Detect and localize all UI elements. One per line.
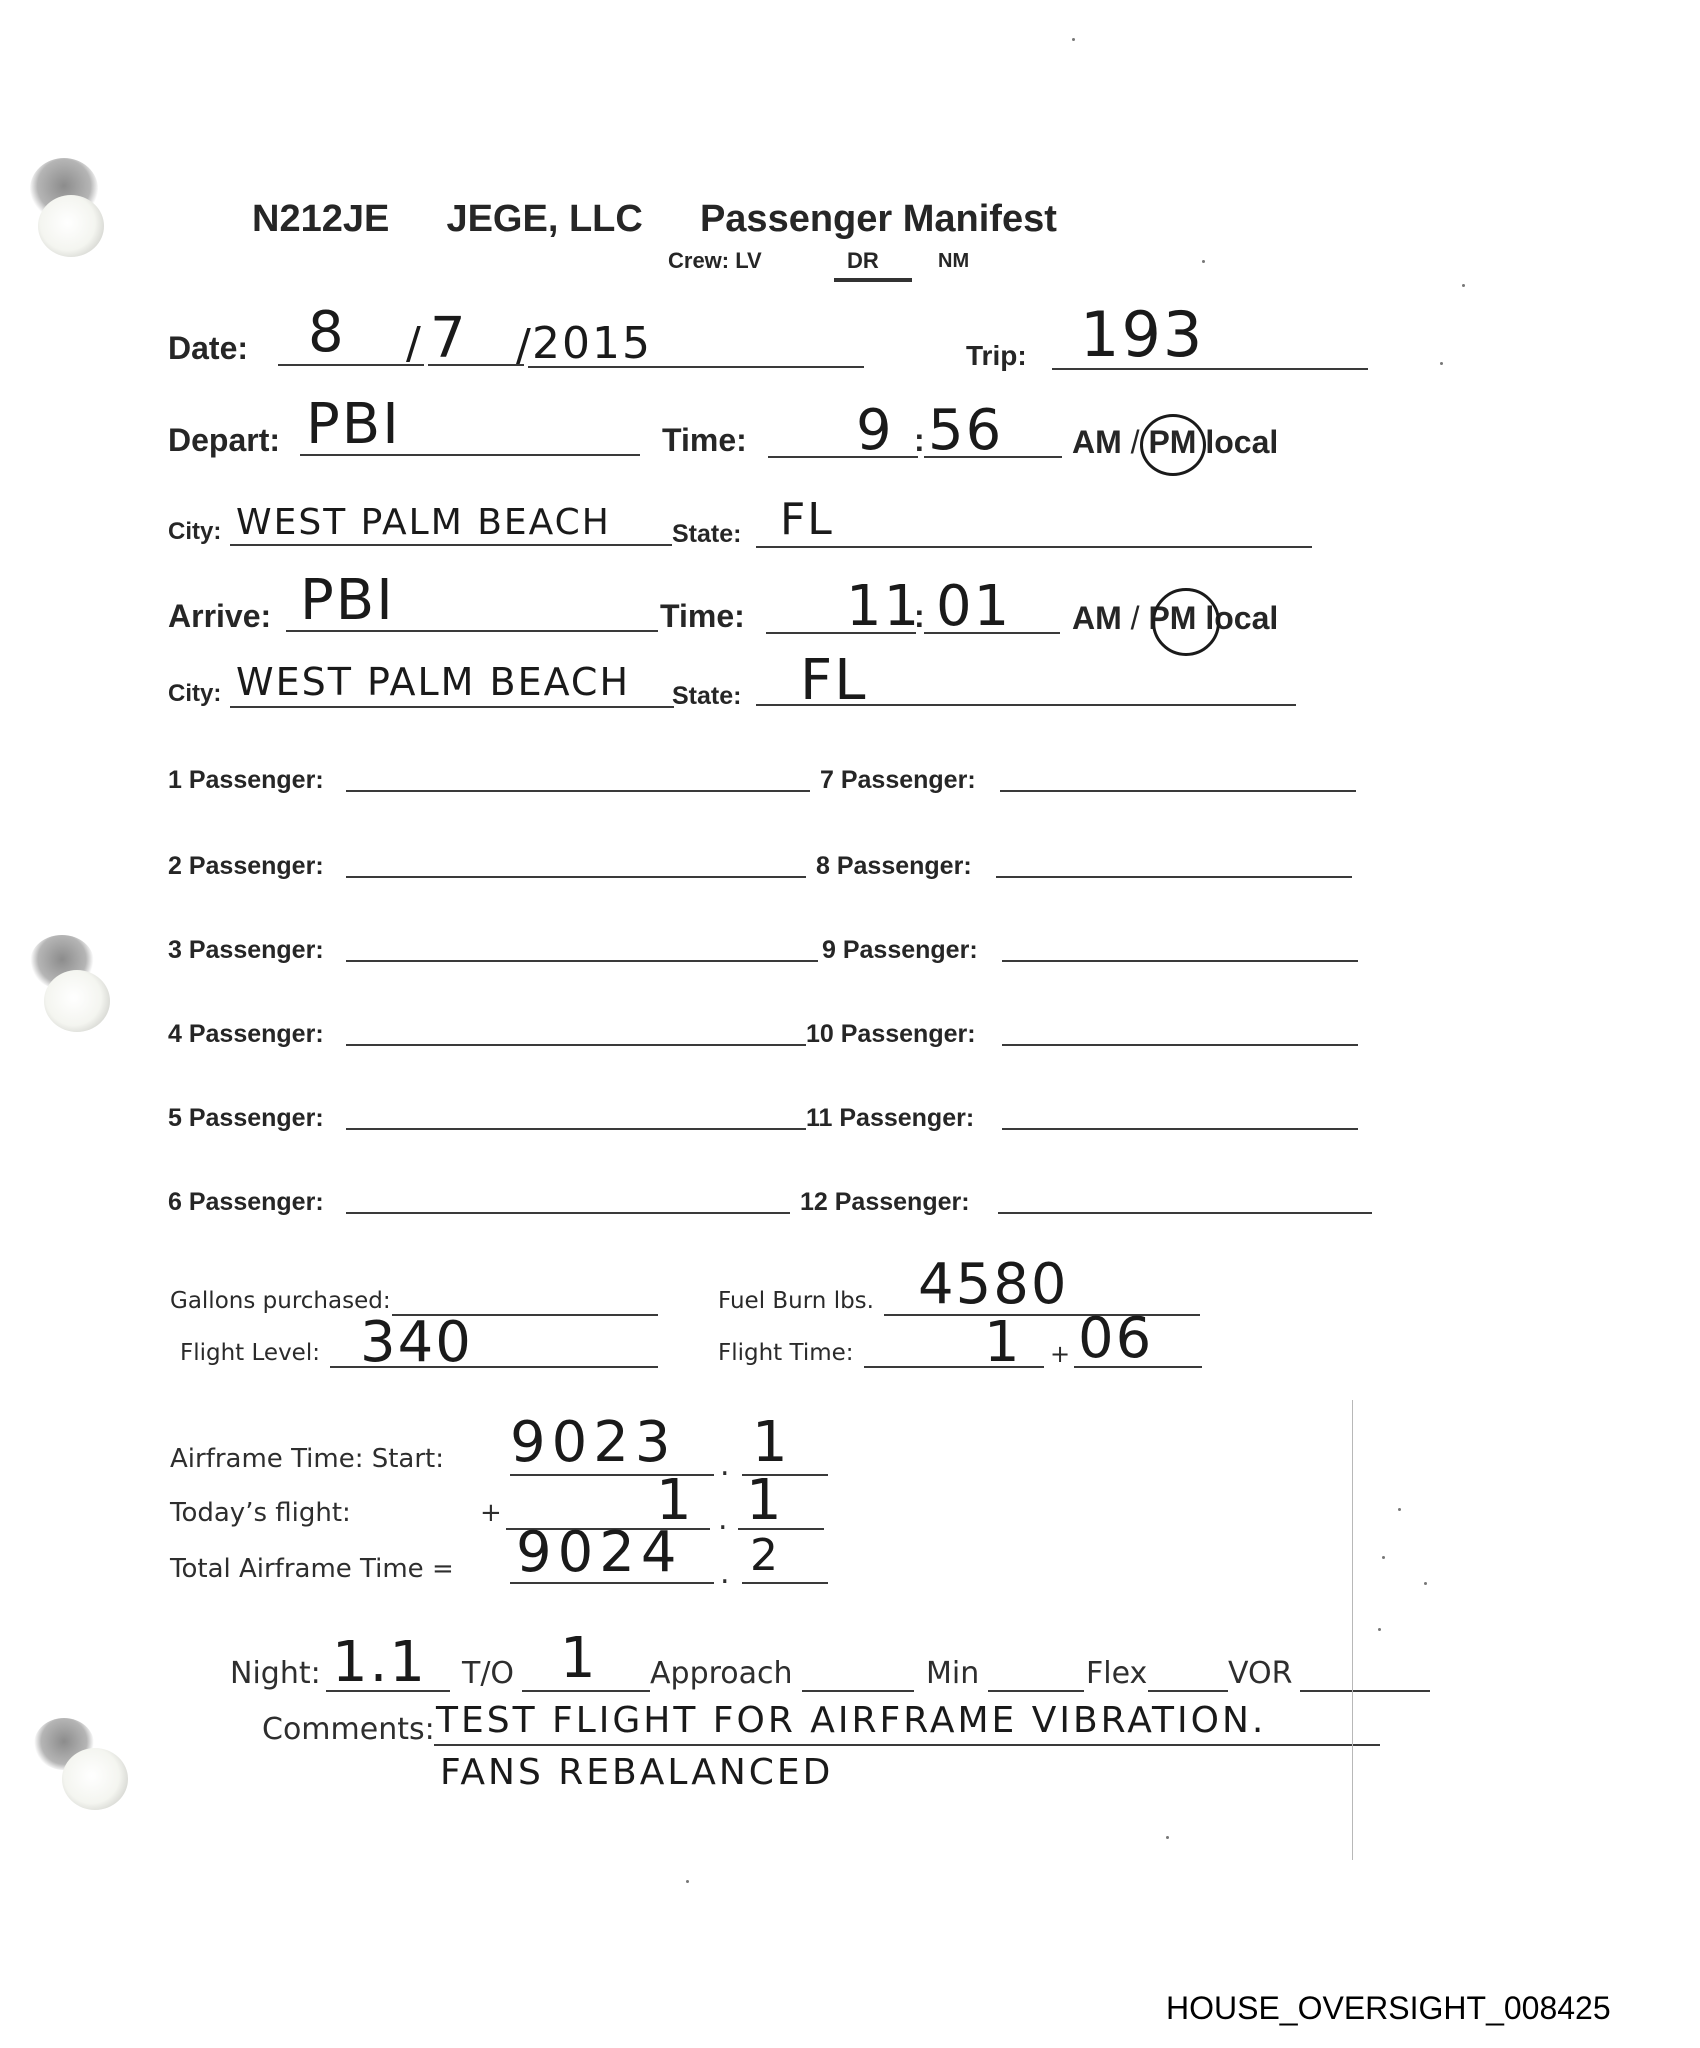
comments-line-2: FANS REBALANCED	[440, 1752, 833, 1793]
depart-state-label: State:	[672, 520, 741, 549]
scan-speck	[1424, 1582, 1427, 1585]
airframe-start-tenth-value: 1	[752, 1410, 790, 1475]
trip-label: Trip:	[966, 340, 1027, 372]
depart-local-label: local	[1205, 424, 1278, 460]
passenger-11-label: 11 Passenger:	[806, 1104, 974, 1133]
scan-speck	[1202, 260, 1205, 263]
crew-member-dr: DR	[847, 248, 879, 274]
passenger-7-field[interactable]	[1000, 790, 1356, 792]
comments-field[interactable]	[434, 1744, 1380, 1746]
scan-speck	[1382, 1556, 1385, 1559]
arrive-label: Arrive:	[168, 598, 271, 635]
scan-speck	[1440, 362, 1443, 365]
hole-punch-top	[38, 195, 104, 257]
bates-number: HOUSE_OVERSIGHT_008425	[1166, 1990, 1611, 2027]
passenger-1-label: 1 Passenger:	[168, 766, 324, 795]
depart-label: Depart:	[168, 422, 280, 459]
form-title: Passenger Manifest	[700, 198, 1057, 240]
depart-time-label: Time:	[662, 422, 747, 459]
passenger-5-field[interactable]	[346, 1128, 806, 1130]
hole-punch-bottom	[62, 1748, 128, 1810]
passenger-4-field[interactable]	[346, 1044, 806, 1046]
to-value: 1	[560, 1626, 598, 1691]
passenger-4-label: 4 Passenger:	[168, 1020, 324, 1049]
passenger-8-field[interactable]	[996, 876, 1352, 878]
arrive-state-label: State:	[672, 682, 741, 711]
vor-label: VOR	[1228, 1656, 1292, 1691]
scan-speck	[1462, 284, 1465, 287]
flex-label: Flex	[1086, 1656, 1147, 1691]
arrive-value: PBI	[300, 568, 395, 633]
scan-speck	[1166, 1836, 1169, 1839]
date-month-value: 8	[308, 300, 346, 365]
todays-flight-label: Today’s flight:	[170, 1498, 351, 1528]
crew-member-nm: NM	[938, 250, 969, 273]
passenger-7-label: 7 Passenger:	[820, 766, 976, 795]
airframe-start-label: Airframe Time: Start:	[170, 1444, 444, 1474]
crew-label: Crew:	[668, 248, 729, 273]
passenger-10-label: 10 Passenger:	[806, 1020, 976, 1049]
depart-hour-value: 9	[856, 398, 894, 463]
total-airframe-whole-value: 9024	[516, 1520, 683, 1585]
todays-flight-decimal: .	[718, 1502, 728, 1537]
arrive-minute-value: 01	[936, 574, 1011, 639]
arrive-time-colon: :	[914, 598, 925, 635]
depart-city-field[interactable]	[230, 544, 672, 546]
crew-row: Crew: LV	[668, 248, 762, 274]
date-sep-1: /	[406, 318, 423, 369]
depart-time-colon: :	[914, 422, 925, 459]
company-name: JEGE, LLC	[446, 198, 642, 240]
form-header: N212JE JEGE, LLC Passenger Manifest	[252, 198, 1057, 241]
total-airframe-tenth-value: 2	[750, 1530, 780, 1581]
airframe-start-decimal: .	[720, 1448, 730, 1483]
date-day-value: 7	[430, 306, 468, 371]
comments-label: Comments:	[262, 1712, 435, 1747]
date-sep-2: /	[516, 320, 533, 371]
comments-line-1: TEST FLIGHT FOR AIRFRAME VIBRATION.	[436, 1700, 1266, 1741]
flex-field[interactable]	[1148, 1690, 1228, 1692]
passenger-2-field[interactable]	[346, 876, 806, 878]
tail-number: N212JE	[252, 198, 389, 240]
vor-field[interactable]	[1300, 1690, 1430, 1692]
arrive-city-field[interactable]	[230, 706, 674, 708]
fuel-burn-value: 4580	[918, 1252, 1069, 1317]
arrive-pm-selected-circle	[1152, 588, 1220, 656]
airframe-start-whole-value: 9023	[510, 1410, 677, 1475]
depart-hour-field[interactable]	[768, 456, 918, 458]
flight-time-label: Flight Time:	[718, 1340, 854, 1366]
arrive-am-option[interactable]: AM	[1072, 600, 1122, 636]
approach-field[interactable]	[802, 1690, 914, 1692]
depart-value: PBI	[306, 392, 401, 457]
passenger-1-field[interactable]	[346, 790, 810, 792]
min-field[interactable]	[988, 1690, 1084, 1692]
scan-speck	[1398, 1508, 1401, 1511]
scan-speck	[1378, 1628, 1381, 1631]
depart-state-value: FL	[780, 494, 834, 545]
crew-selected-underline	[834, 278, 912, 282]
depart-state-field[interactable]	[756, 546, 1312, 548]
flight-time-minutes-value: 06	[1078, 1306, 1153, 1371]
passenger-10-field[interactable]	[1002, 1044, 1358, 1046]
arrive-city-label: City:	[168, 680, 221, 708]
arrive-ampm-slash: /	[1131, 600, 1140, 636]
arrive-city-value: WEST PALM BEACH	[236, 660, 630, 704]
flight-time-hours-value: 1	[984, 1310, 1022, 1375]
approach-label: Approach	[650, 1656, 793, 1691]
scan-edge-line	[1352, 1400, 1353, 1860]
todays-flight-tenth-value: 1	[746, 1468, 784, 1533]
flight-level-value: 340	[360, 1310, 473, 1375]
gallons-purchased-label: Gallons purchased:	[170, 1288, 391, 1314]
passenger-12-label: 12 Passenger:	[800, 1188, 970, 1217]
passenger-9-label: 9 Passenger:	[822, 936, 978, 965]
passenger-6-field[interactable]	[346, 1212, 790, 1214]
depart-city-value: WEST PALM BEACH	[236, 502, 611, 543]
passenger-6-label: 6 Passenger:	[168, 1188, 324, 1217]
total-airframe-decimal: .	[720, 1556, 730, 1591]
trip-value: 193	[1080, 298, 1204, 371]
crew-member-lv: LV	[735, 248, 761, 273]
passenger-5-label: 5 Passenger:	[168, 1104, 324, 1133]
flight-time-plus: +	[1050, 1340, 1070, 1368]
depart-pm-selected-circle	[1140, 414, 1206, 476]
to-label: T/O	[462, 1656, 514, 1691]
passenger-2-label: 2 Passenger:	[168, 852, 324, 881]
passenger-8-label: 8 Passenger:	[816, 852, 972, 881]
hole-punch-middle	[44, 970, 110, 1032]
depart-am-option[interactable]: AM	[1072, 424, 1122, 460]
date-month-field[interactable]	[278, 364, 424, 366]
night-label: Night:	[230, 1656, 321, 1691]
passenger-11-field[interactable]	[1002, 1128, 1358, 1130]
arrive-hour-value: 11	[846, 574, 921, 639]
depart-ampm-slash: /	[1131, 424, 1140, 460]
depart-city-label: City:	[168, 518, 221, 546]
passenger-3-label: 3 Passenger:	[168, 936, 324, 965]
total-airframe-tenth-field[interactable]	[742, 1582, 828, 1584]
night-value: 1.1	[332, 1630, 427, 1695]
arrive-state-value: FL	[800, 648, 867, 713]
passenger-3-field[interactable]	[346, 960, 818, 962]
depart-minute-value: 56	[928, 398, 1003, 463]
passenger-12-field[interactable]	[998, 1212, 1372, 1214]
arrive-time-label: Time:	[660, 598, 745, 635]
date-year-value: 2015	[532, 318, 652, 369]
flight-level-label: Flight Level:	[180, 1340, 320, 1366]
total-airframe-time-label: Total Airframe Time =	[170, 1554, 454, 1584]
scan-speck	[1072, 38, 1075, 41]
date-label: Date:	[168, 330, 248, 367]
min-label: Min	[926, 1656, 979, 1691]
passenger-9-field[interactable]	[1002, 960, 1358, 962]
scan-speck	[686, 1880, 689, 1883]
todays-flight-plus: +	[480, 1498, 502, 1528]
fuel-burn-label: Fuel Burn lbs.	[718, 1288, 874, 1314]
